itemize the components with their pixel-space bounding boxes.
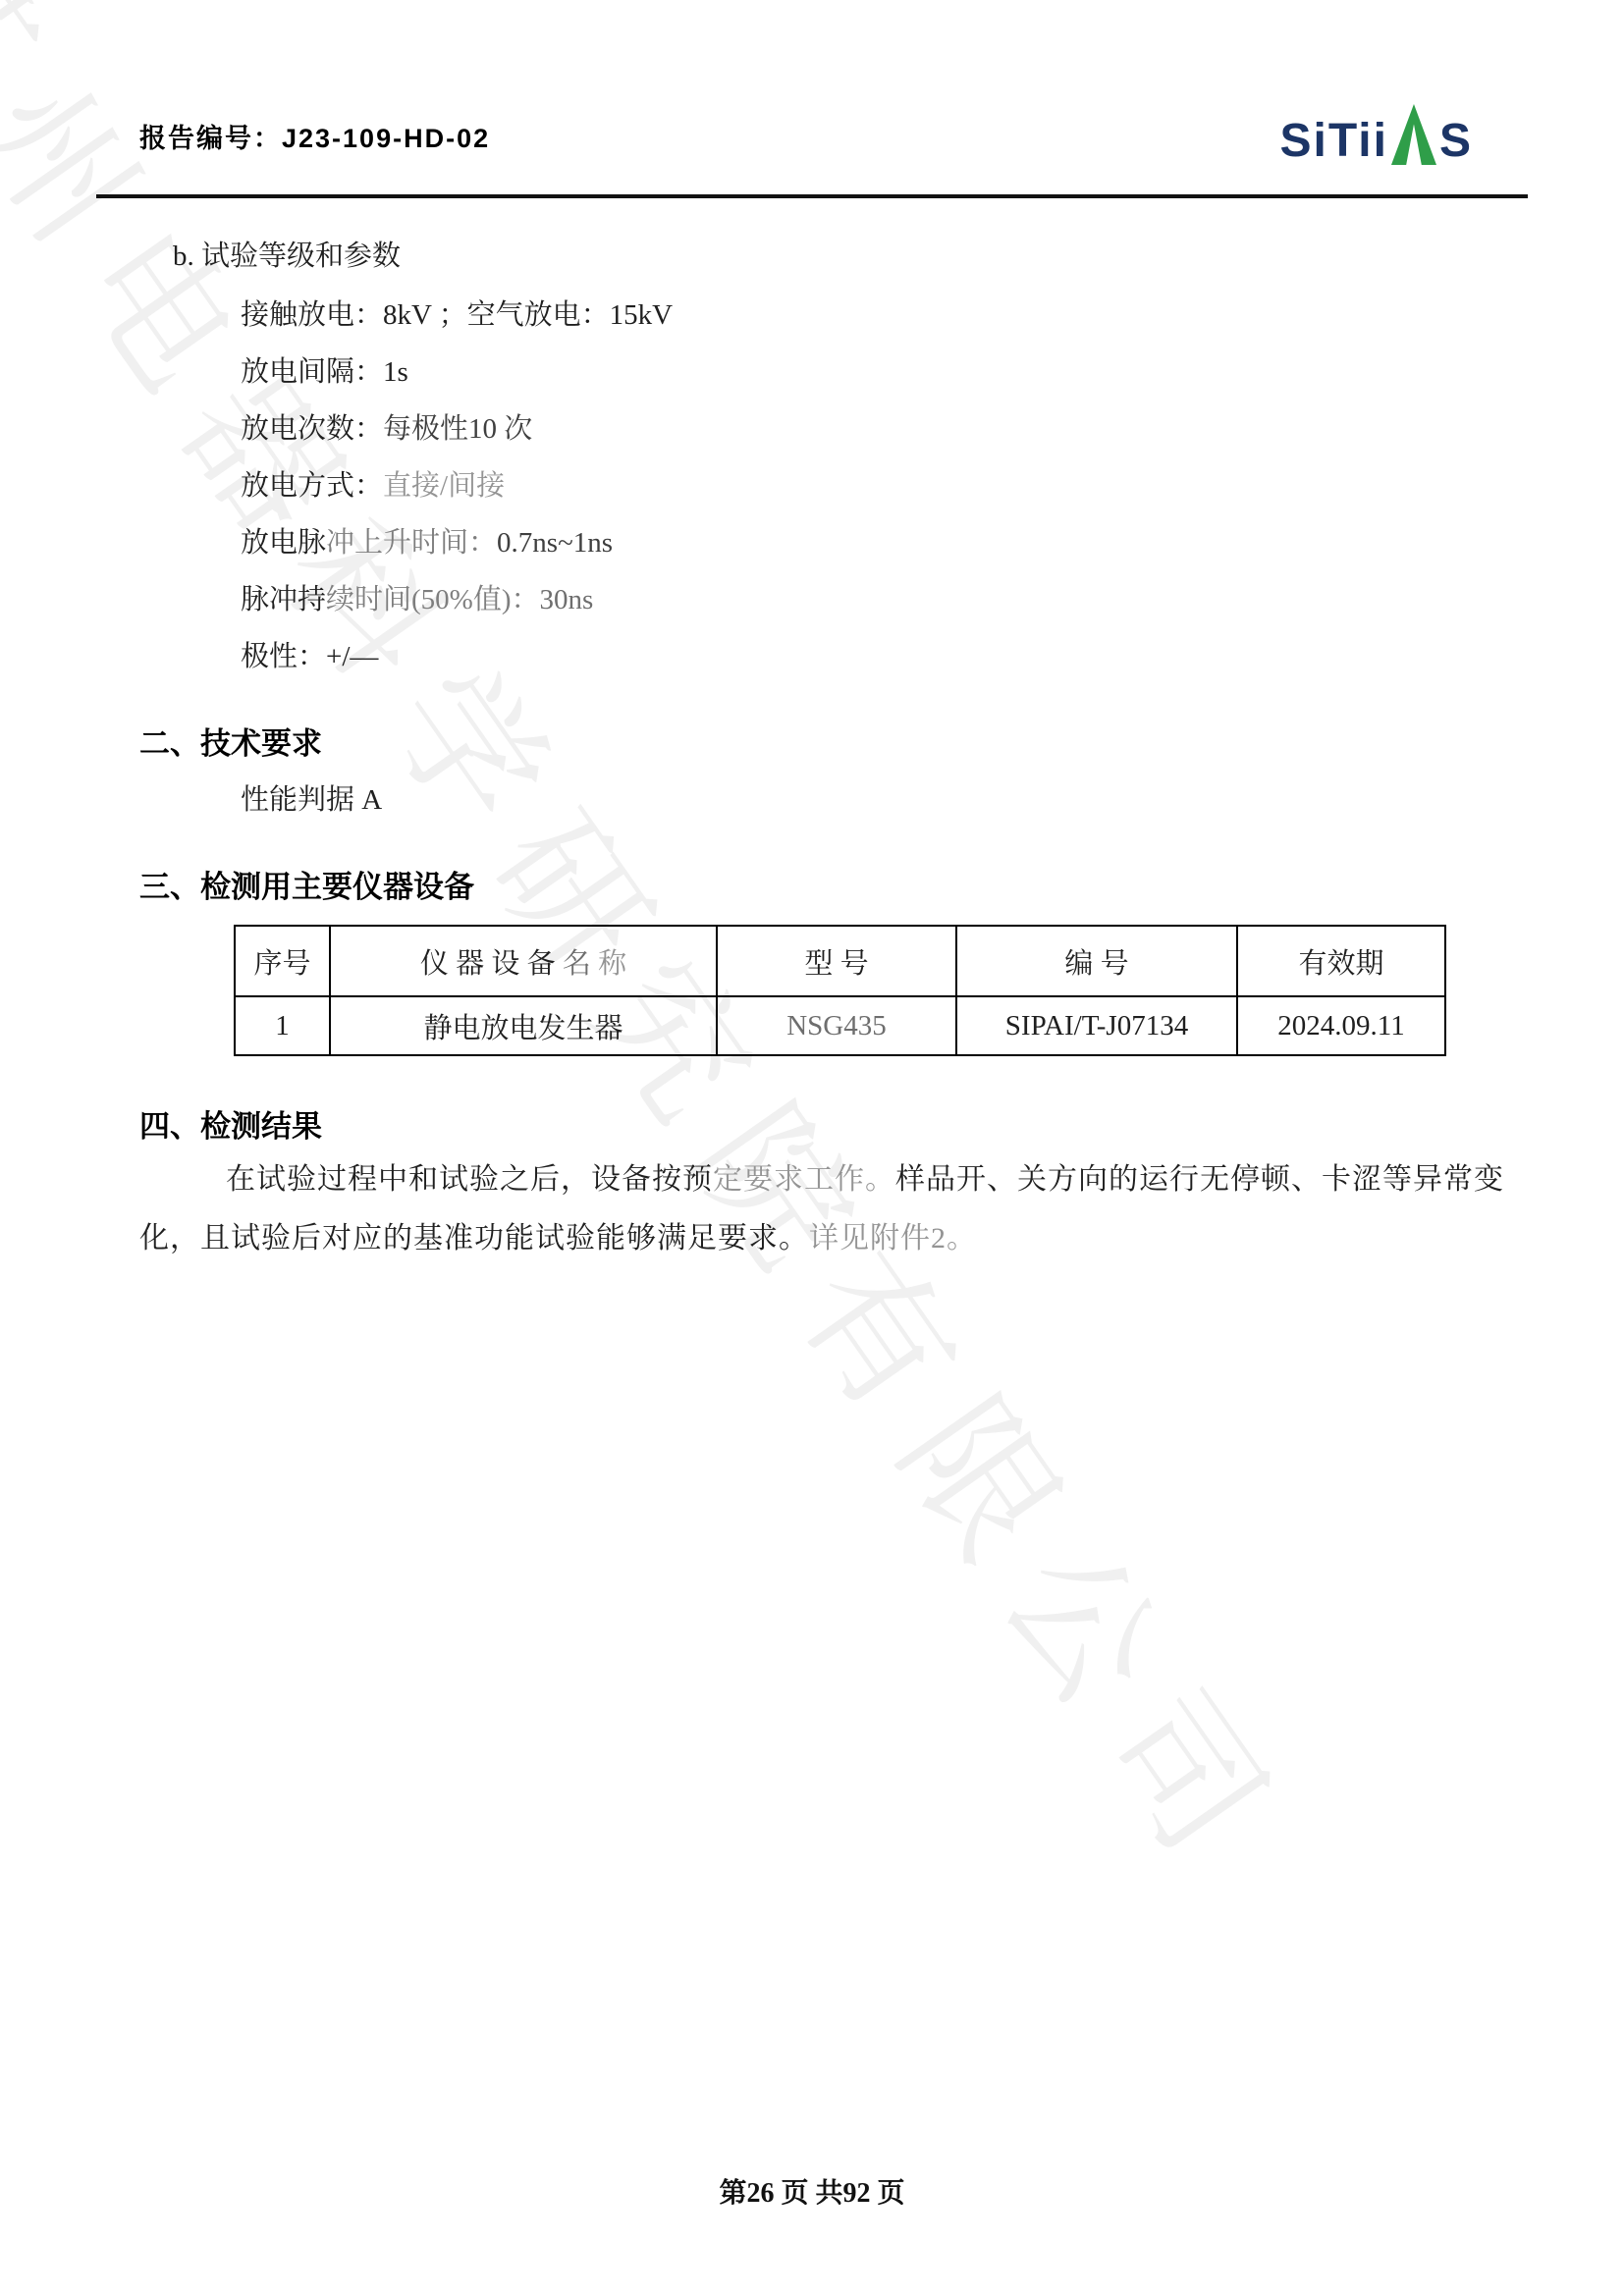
text-segment: 放电间隔：1s [241,356,408,388]
text-segment: 名 [563,948,598,980]
text-segment: 在试验过程中和试验之后，设备按预 [226,1163,713,1196]
text-segment: NSG435 [786,1010,887,1041]
header-rule [96,194,1528,198]
logo-text-prefix: SiTii [1280,118,1388,165]
text-segment: 称 [598,948,626,980]
text-segment: 2024.09.11 [1277,1010,1404,1041]
text-segment: 接触放电：8kV ；空气放电：15kV [241,299,673,331]
text-segment: 脉冲持 [241,584,326,615]
text-segment: 详见附件2。 [809,1222,977,1255]
table-cell-model: NSG435 [717,996,956,1055]
text-segment: 仪 器 设 备 [420,948,563,980]
text-segment: SIPAI/T-J07134 [1005,1010,1188,1041]
text-segment: 放电方式： [241,470,383,502]
document-body: b. 试验等级和参数 接触放电：8kV ；空气放电：15kV 放电间隔：1s 放… [0,236,1624,1268]
result-line: 化，且试验后对应的基准功能试验能够满足要求。详见附件2。 [139,1209,1624,1268]
table-header-cell-model: 型 号 [717,926,956,996]
text-segment: 样品开、关方向的运行无停顿、卡涩等异常变 [895,1163,1504,1196]
result-line: 在试验过程中和试验之后，设备按预定要求工作。样品开、关方向的运行无停顿、卡涩等异… [139,1150,1624,1209]
section-2-title: 二、技术要求 [139,722,1624,766]
text-segment: 极性：+/— [241,641,378,672]
section-3-title: 三、检测用主要仪器设备 [139,866,1624,909]
text-segment: 续时间(50%值)： [326,584,539,615]
text-segment: 型 号 [804,948,868,980]
parameter-line: 放电脉冲上升时间：0.7ns~1ns [241,514,1624,571]
parameter-line: 放电间隔：1s [241,344,1624,400]
text-segment: 编 号 [1064,948,1128,980]
text-segment: 定要求工作。 [713,1163,895,1196]
result-paragraph: 在试验过程中和试验之后，设备按预定要求工作。样品开、关方向的运行无停顿、卡涩等异… [139,1150,1624,1268]
table-header-cell-validity: 有效期 [1237,926,1445,996]
logo-text-suffix: S [1439,118,1473,165]
text-segment: 放电次数： [241,413,383,445]
brand-logo: SiTii S [1280,104,1474,165]
text-segment: 直接/间接 [383,470,505,502]
document-page: 苏州电器科学研究院有限公司 报告编号：J23-109-HD-02 SiTii S… [0,0,1624,2296]
logo-triangle-icon [1391,104,1436,165]
text-segment: 序号 [253,948,310,980]
table-cell-serial: SIPAI/T-J07134 [956,996,1237,1055]
footer-page-number: 第26 页 共92 页 [0,2171,1624,2211]
text-segment: 放电脉 [241,527,326,559]
table-header-cell-equipment-name: 仪 器 设 备 名 称 [330,926,717,996]
table-row: 1 静电放电发生器 NSG435 SIPAI/T-J07134 2024.09.… [235,996,1445,1055]
text-segment: 0.7ns~1ns [497,527,613,559]
report-number: 报告编号：J23-109-HD-02 [139,117,490,165]
table-cell-index: 1 [235,996,330,1055]
text-segment: 冲上升时间： [326,527,497,559]
item-b-heading: b. 试验等级和参数 [173,236,1624,277]
equipment-table: 序号 仪 器 设 备 名 称 型 号 编 号 有效期 1 静电放电发生器 NSG… [234,925,1446,1056]
table-header-cell-index: 序号 [235,926,330,996]
table-header-cell-serial: 编 号 [956,926,1237,996]
table-cell-equipment-name: 静电放电发生器 [330,996,717,1055]
text-segment: 静电放电发生器 [423,1013,623,1044]
page-header: 报告编号：J23-109-HD-02 SiTii S [139,104,1473,165]
parameter-line: 脉冲持续时间(50%值)：30ns [241,571,1624,628]
section-4-title: 四、检测结果 [139,1105,1624,1148]
parameter-line: 放电次数：每极性10 次 [241,400,1624,457]
text-segment: 30ns [540,584,594,615]
section-2-body: 性能判据 A [241,779,1624,821]
table-header-row: 序号 仪 器 设 备 名 称 型 号 编 号 有效期 [235,926,1445,996]
text-segment: 化，且试验后对应的基准功能试验能够满足要求。 [139,1222,809,1255]
text-segment: 有效期 [1298,948,1383,980]
parameter-line: 接触放电：8kV ；空气放电：15kV [241,287,1624,344]
parameter-line: 放电方式：直接/间接 [241,457,1624,514]
parameter-list: 接触放电：8kV ；空气放电：15kV 放电间隔：1s 放电次数：每极性10 次… [241,287,1624,685]
parameter-line: 极性：+/— [241,628,1624,685]
text-segment: 每极性10 次 [383,413,532,445]
text-segment: 1 [275,1010,290,1041]
table-cell-validity: 2024.09.11 [1237,996,1445,1055]
